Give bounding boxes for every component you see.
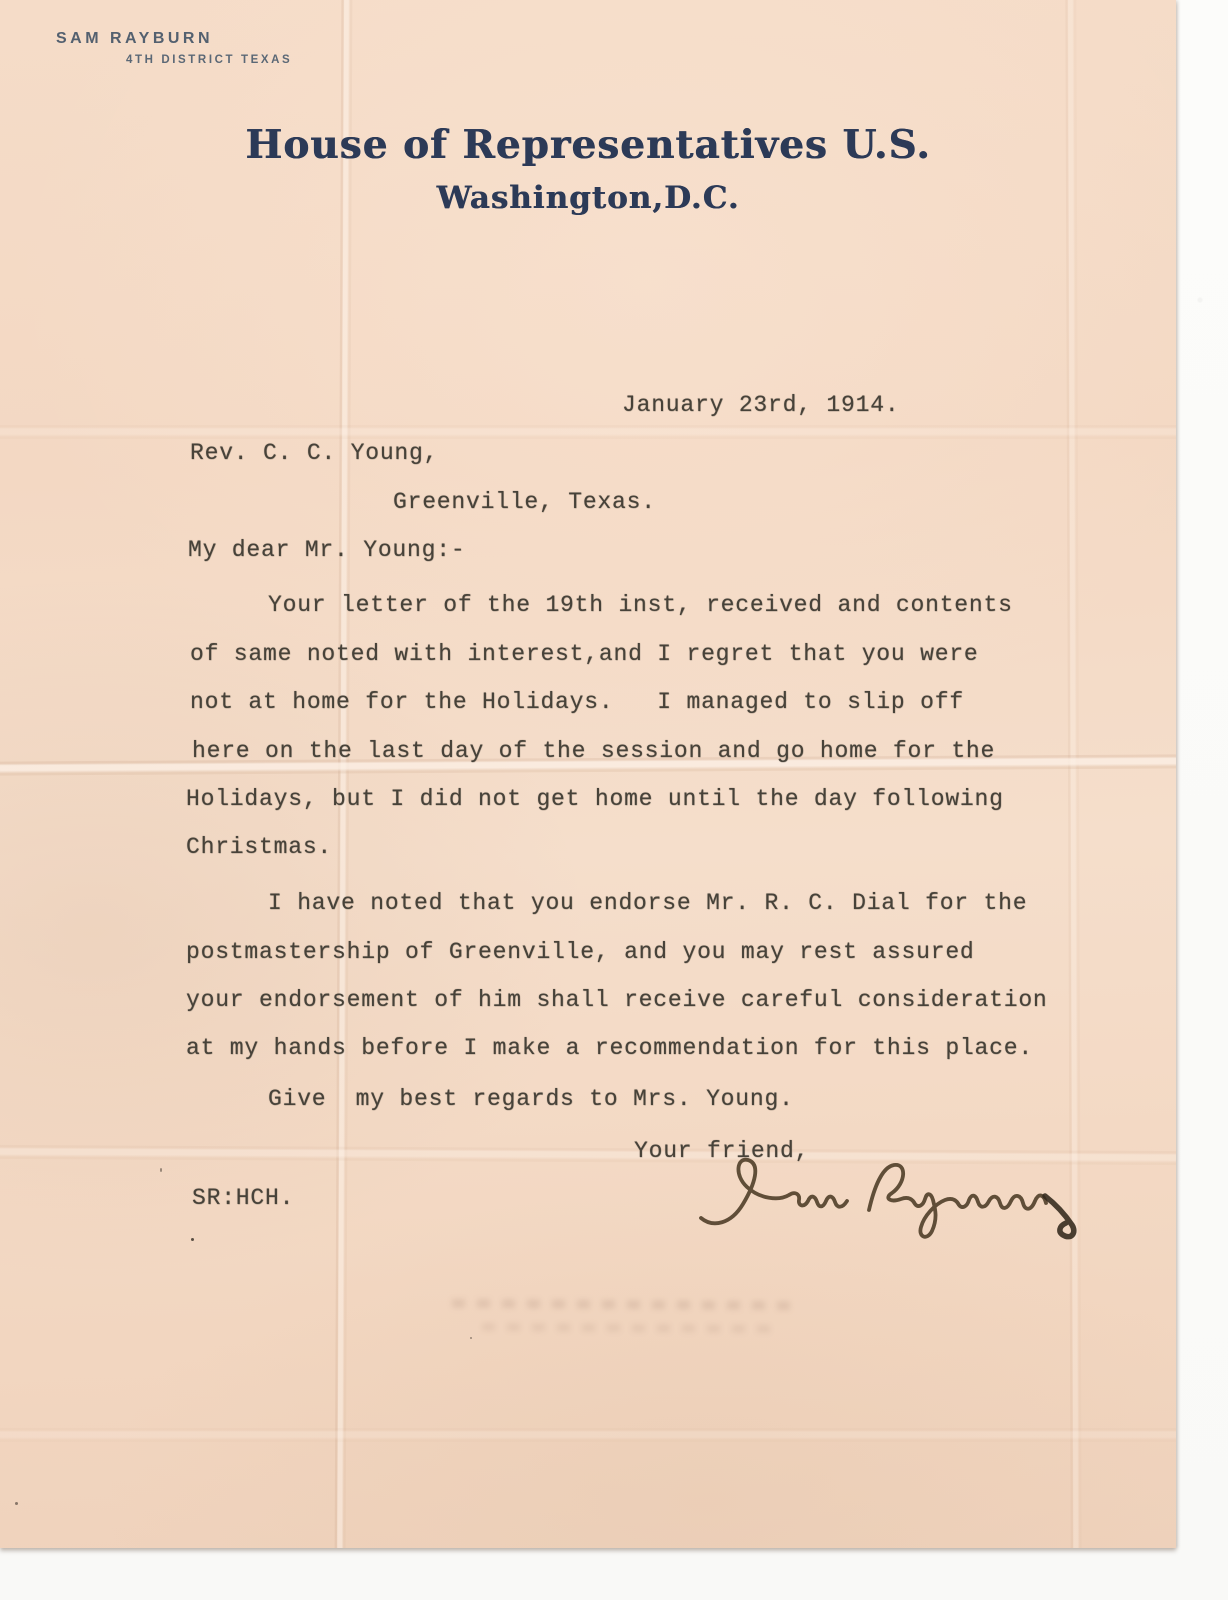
- body-line: Christmas.: [186, 834, 332, 860]
- recipient-name-line: Rev. C. C. Young,: [190, 440, 438, 466]
- body-line: Your letter of the 19th inst, received a…: [268, 592, 1013, 618]
- fold-crease-vertical-right: [1065, 0, 1081, 1548]
- fold-crease-horizontal-upper: [0, 425, 1176, 439]
- body-line: Holidays, but I did not get home until t…: [186, 786, 1004, 812]
- letterhead-congressman-name: SAM RAYBURN: [56, 30, 213, 48]
- paper-speck: [160, 1168, 162, 1172]
- salutation-line: My dear Mr. Young:-: [188, 537, 465, 563]
- signature: [693, 1138, 1123, 1246]
- fold-crease-vertical-left: [335, 0, 353, 1548]
- letter-page: SAM RAYBURN 4TH DISTRICT TEXAS House of …: [0, 0, 1176, 1548]
- ink-bleed-through: [482, 1323, 777, 1333]
- body-line: not at home for the Holidays. I managed …: [190, 689, 964, 715]
- letterhead-organization: House of Representatives U.S.: [0, 122, 1176, 168]
- paper-speck: [191, 1238, 194, 1241]
- letterhead-city: Washington,D.C.: [0, 180, 1176, 216]
- fold-crease-horizontal-bottom: [0, 1428, 1176, 1442]
- body-line: of same noted with interest,and I regret…: [190, 641, 979, 667]
- typist-initials-line: SR:HCH.: [192, 1185, 294, 1211]
- body-line: at my hands before I make a recommendati…: [186, 1035, 1033, 1061]
- regards-line: Give my best regards to Mrs. Young.: [268, 1086, 794, 1112]
- recipient-city-line: Greenville, Texas.: [393, 489, 656, 515]
- body-line: your endorsement of him shall receive ca…: [186, 987, 1048, 1013]
- body-line: I have noted that you endorse Mr. R. C. …: [268, 890, 1027, 916]
- paper-speck: [15, 1502, 18, 1505]
- body-line: here on the last day of the session and …: [192, 738, 995, 764]
- date-line: January 23rd, 1914.: [622, 392, 899, 418]
- paper-speck: [470, 1337, 472, 1339]
- body-line: postmastership of Greenville, and you ma…: [186, 939, 975, 965]
- letterhead-district: 4TH DISTRICT TEXAS: [126, 54, 292, 66]
- ink-bleed-through: [452, 1299, 800, 1310]
